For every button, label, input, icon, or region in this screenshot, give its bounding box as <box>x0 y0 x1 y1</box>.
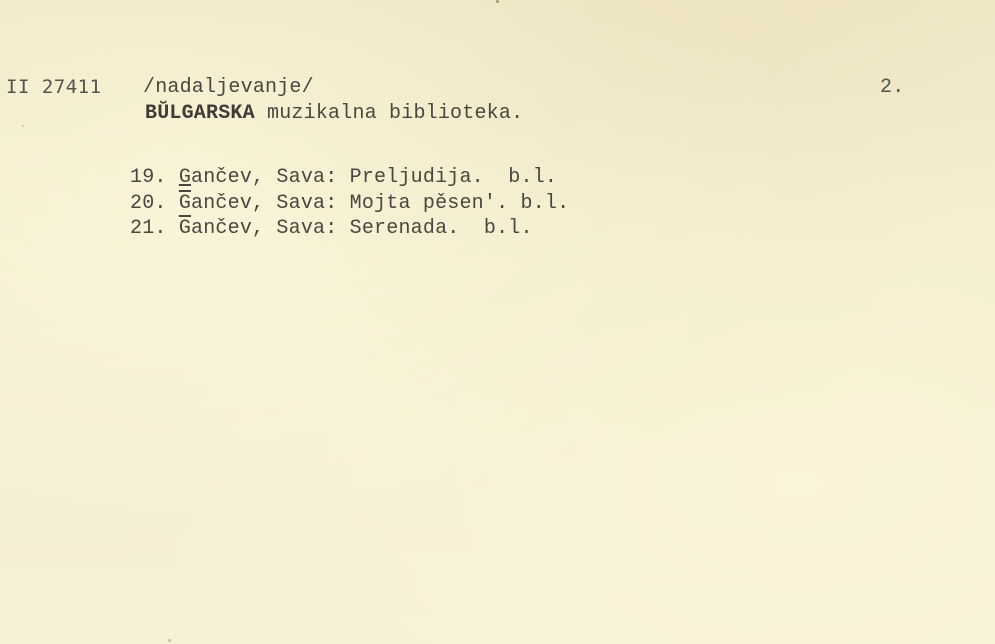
page-number: 2. <box>880 77 904 99</box>
entry-title: Mojta pěsen'. <box>350 192 509 215</box>
paper-speck <box>168 639 171 642</box>
entry-title: Serenada. <box>350 217 460 240</box>
author-initial: G <box>179 166 191 189</box>
entry-19: 19. Gančev, Sava: Preljudija. b.l. <box>130 167 557 189</box>
entry-note: b.l. <box>484 217 533 240</box>
entry-number: 20. <box>130 192 167 215</box>
series-title-rest: muzikalna biblioteka. <box>255 102 523 125</box>
paper-speck <box>22 125 24 127</box>
author-initial: G <box>179 217 191 240</box>
entry-number: 21. <box>130 217 167 240</box>
catalog-card: II 27411 /nadaljevanje/ BŬLGARSKA muzika… <box>0 0 995 644</box>
call-number: II 27411 <box>6 76 102 98</box>
author-name: ančev, Sava: <box>191 192 337 215</box>
author-initial: G <box>179 192 191 215</box>
paper-speck <box>496 0 499 3</box>
entry-21: 21. Gančev, Sava: Serenada. b.l. <box>130 218 533 240</box>
entry-note: b.l. <box>521 192 570 215</box>
author-name: ančev, Sava: <box>191 166 337 189</box>
series-title: BŬLGARSKA muzikalna biblioteka. <box>145 103 523 125</box>
continuation-note: /nadaljevanje/ <box>143 77 314 99</box>
entry-number: 19. <box>130 166 167 189</box>
author-name: ančev, Sava: <box>191 217 337 240</box>
series-title-bold: BŬLGARSKA <box>145 102 255 125</box>
entry-note: b.l. <box>508 166 557 189</box>
entry-20: 20. Gančev, Sava: Mojta pěsen'. b.l. <box>130 193 569 215</box>
entry-title: Preljudija. <box>350 166 484 189</box>
